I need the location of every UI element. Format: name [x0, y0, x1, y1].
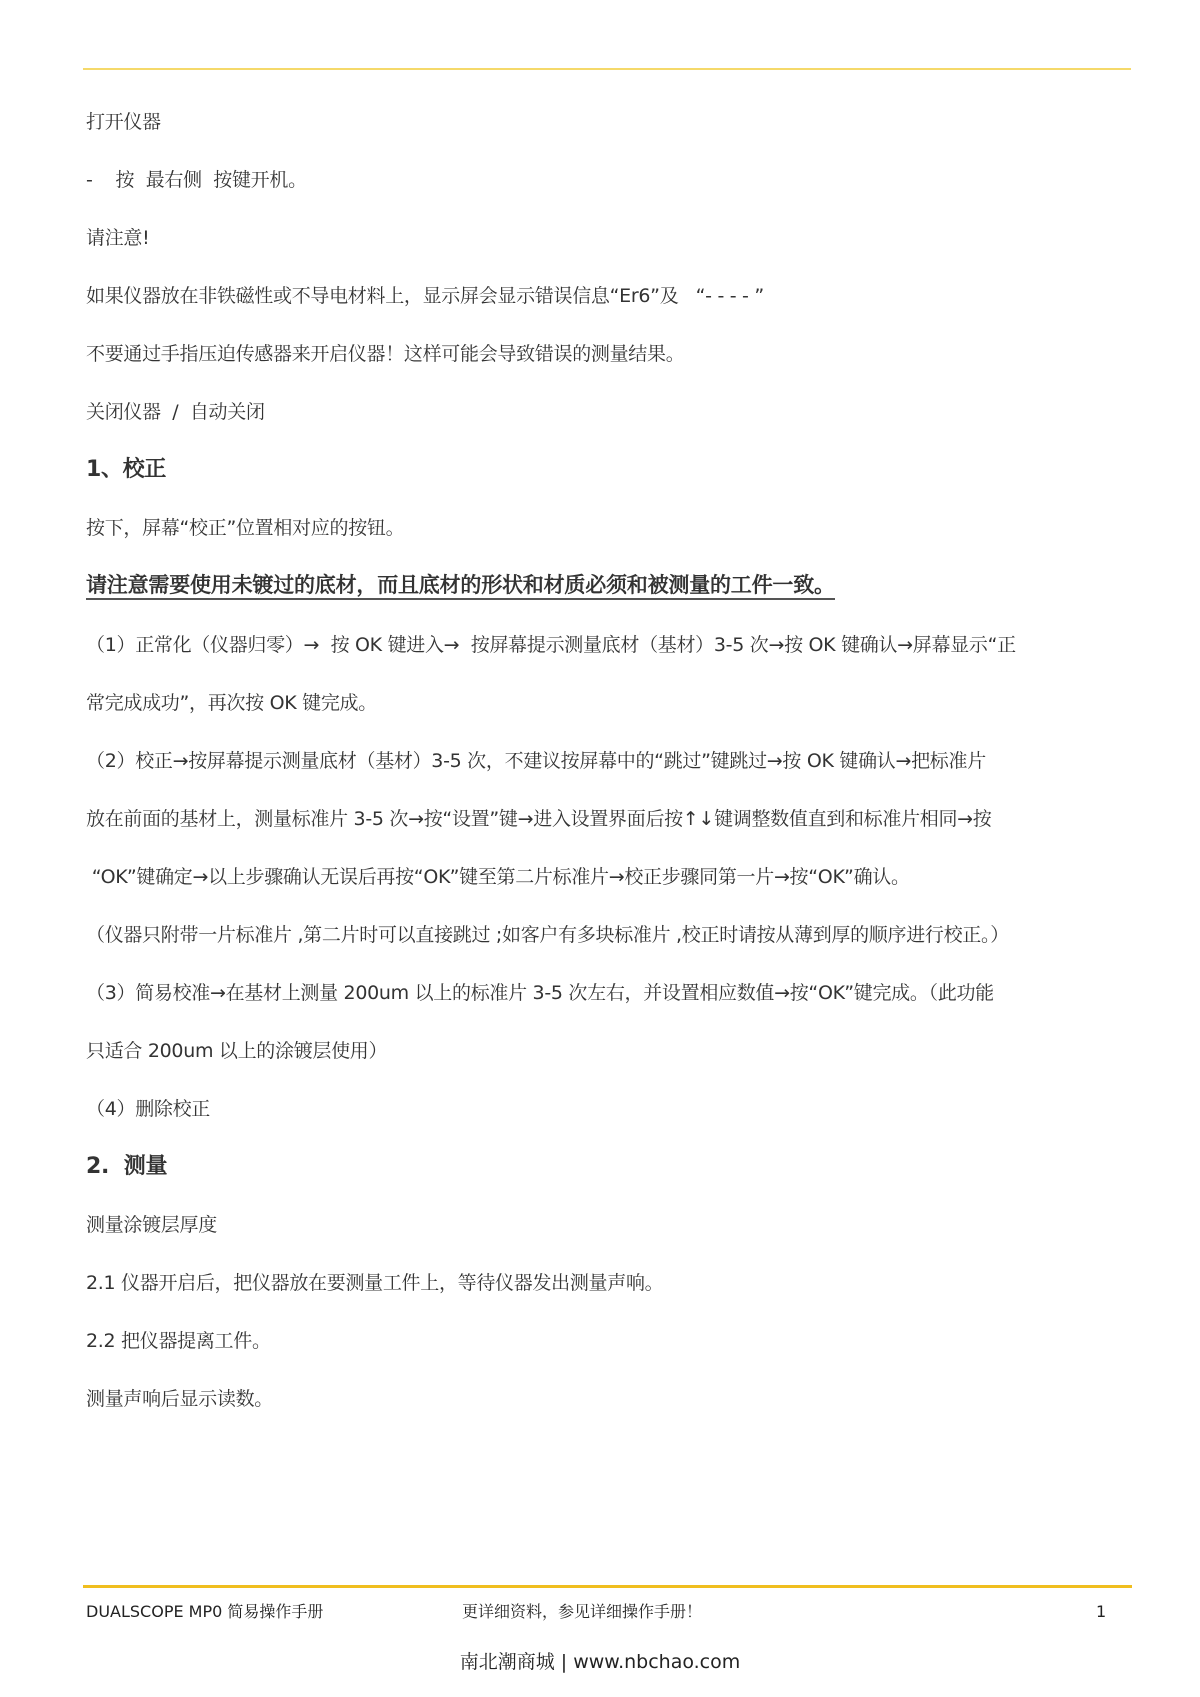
measurement-step-2-2: 2.2 把仪器提离工件。	[86, 1329, 271, 1353]
footer-rule	[83, 1585, 1132, 1588]
header-rule	[83, 68, 1131, 70]
power-on-title: 打开仪器	[86, 110, 161, 134]
calibration-step-2-line-2: 放在前面的基材上，测量标准片 3-5 次→按“设置”键→进入设置界面后按↑↓键调…	[86, 807, 992, 831]
calibration-step-3-line-2: 只适合 200um 以上的涂镀层使用）	[86, 1039, 387, 1063]
measurement-result: 测量声响后显示读数。	[86, 1387, 273, 1411]
measurement-step-2-1: 2.1 仪器开启后，把仪器放在要测量工件上，等待仪器发出测量声响。	[86, 1271, 663, 1295]
calibration-intro: 按下，屏幕“校正”位置相对应的按钮。	[86, 516, 404, 540]
calibration-step-3-line-1: （3）简易校准→在基材上测量 200um 以上的标准片 3-5 次左右，并设置相…	[86, 981, 994, 1005]
power-on-step: - 按 最右侧 按键开机。	[86, 168, 307, 192]
calibration-step-2-note: （仪器只附带一片标准片 ,第二片时可以直接跳过 ;如客户有多块标准片 ,校正时请…	[86, 923, 1009, 947]
calibration-step-1-line-2: 常完成成功”，再次按 OK 键完成。	[86, 691, 377, 715]
page-number: 1	[1096, 1602, 1106, 1622]
calibration-step-4: （4）删除校正	[86, 1097, 210, 1121]
attention-label: 请注意!	[86, 226, 149, 250]
calibration-step-1-line-1: （1）正常化（仪器归零）→ 按 OK 键进入→ 按屏幕提示测量底材（基材）3-5…	[86, 633, 1016, 657]
calibration-notice: 请注意需要使用未镀过的底材，而且底材的形状和材质必须和被测量的工件一致。	[86, 573, 835, 600]
warning-text-1: 如果仪器放在非铁磁性或不导电材料上，显示屏会显示错误信息“Er6”及 “- - …	[86, 284, 764, 308]
calibration-step-2-line-1: （2）校正→按屏幕提示测量底材（基材）3-5 次，不建议按屏幕中的“跳过”键跳过…	[86, 749, 986, 773]
footer-more-info: 更详细资料，参见详细操作手册！	[462, 1602, 702, 1622]
calibration-step-2-line-3: “OK”键确定→以上步骤确认无误后再按“OK”键至第二片标准片→校正步骤同第一片…	[86, 865, 910, 889]
section-heading-calibration: 1、校正	[86, 458, 166, 482]
warning-text-2: 不要通过手指压迫传感器来开启仪器！这样可能会导致错误的测量结果。	[86, 342, 684, 366]
measurement-intro: 测量涂镀层厚度	[86, 1213, 217, 1237]
power-off-text: 关闭仪器 / 自动关闭	[86, 400, 265, 424]
section-heading-measurement: 2. 测量	[86, 1155, 167, 1179]
site-watermark: 南北潮商城 | www.nbchao.com	[0, 1650, 1200, 1674]
footer-manual-title: DUALSCOPE MP0 简易操作手册	[86, 1602, 323, 1622]
